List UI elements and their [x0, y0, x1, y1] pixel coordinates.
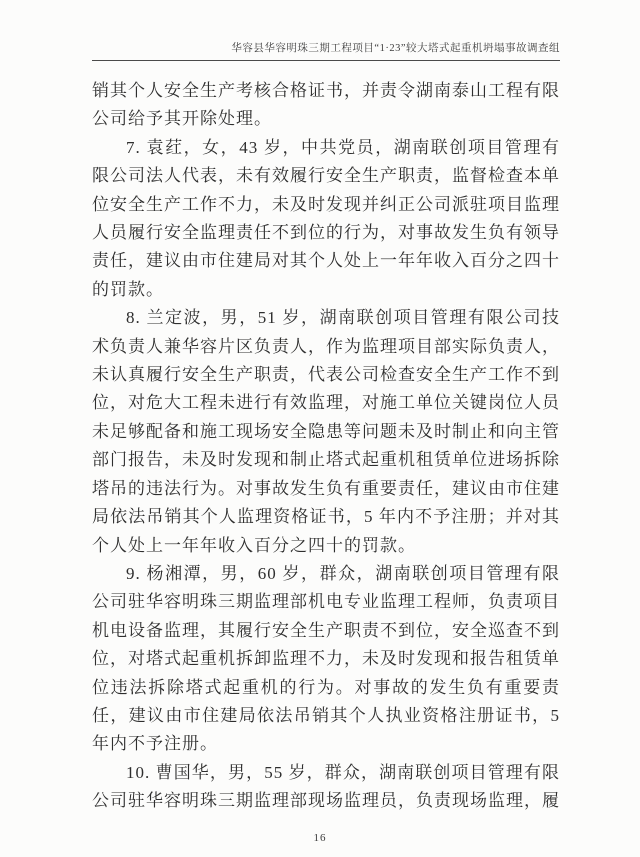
- body-paragraph-item-8: 8. 兰定波，男，51 岁，湖南联创项目管理有限公司技术负责人兼华容片区负责人，…: [92, 304, 560, 560]
- document-body: 销其个人安全生产考核合格证书，并责令湖南泰山工程有限公司给予其开除处理。 7. …: [92, 77, 560, 816]
- document-page: 华容县华容明珠三期工程项目“1·23”较大塔式起重机坍塌事故调查组 销其个人安全…: [0, 0, 640, 857]
- header-divider: [92, 60, 560, 61]
- body-paragraph-item-7: 7. 袁荭，女，43 岁，中共党员，湖南联创项目管理有限公司法人代表，未有效履行…: [92, 134, 560, 304]
- body-paragraph-item-10: 10. 曹国华，男，55 岁，群众，湖南联创项目管理有限公司驻华容明珠三期监理部…: [92, 759, 560, 816]
- page-header: 华容县华容明珠三期工程项目“1·23”较大塔式起重机坍塌事故调查组: [92, 40, 560, 61]
- running-header-title: 华容县华容明珠三期工程项目“1·23”较大塔式起重机坍塌事故调查组: [92, 40, 560, 60]
- body-paragraph-continuation: 销其个人安全生产考核合格证书，并责令湖南泰山工程有限公司给予其开除处理。: [92, 77, 560, 134]
- body-paragraph-item-9: 9. 杨湘潭，男，60 岁，群众，湖南联创项目管理有限公司驻华容明珠三期监理部机…: [92, 560, 560, 759]
- page-number: 16: [314, 832, 327, 844]
- page-footer: 16: [0, 828, 640, 846]
